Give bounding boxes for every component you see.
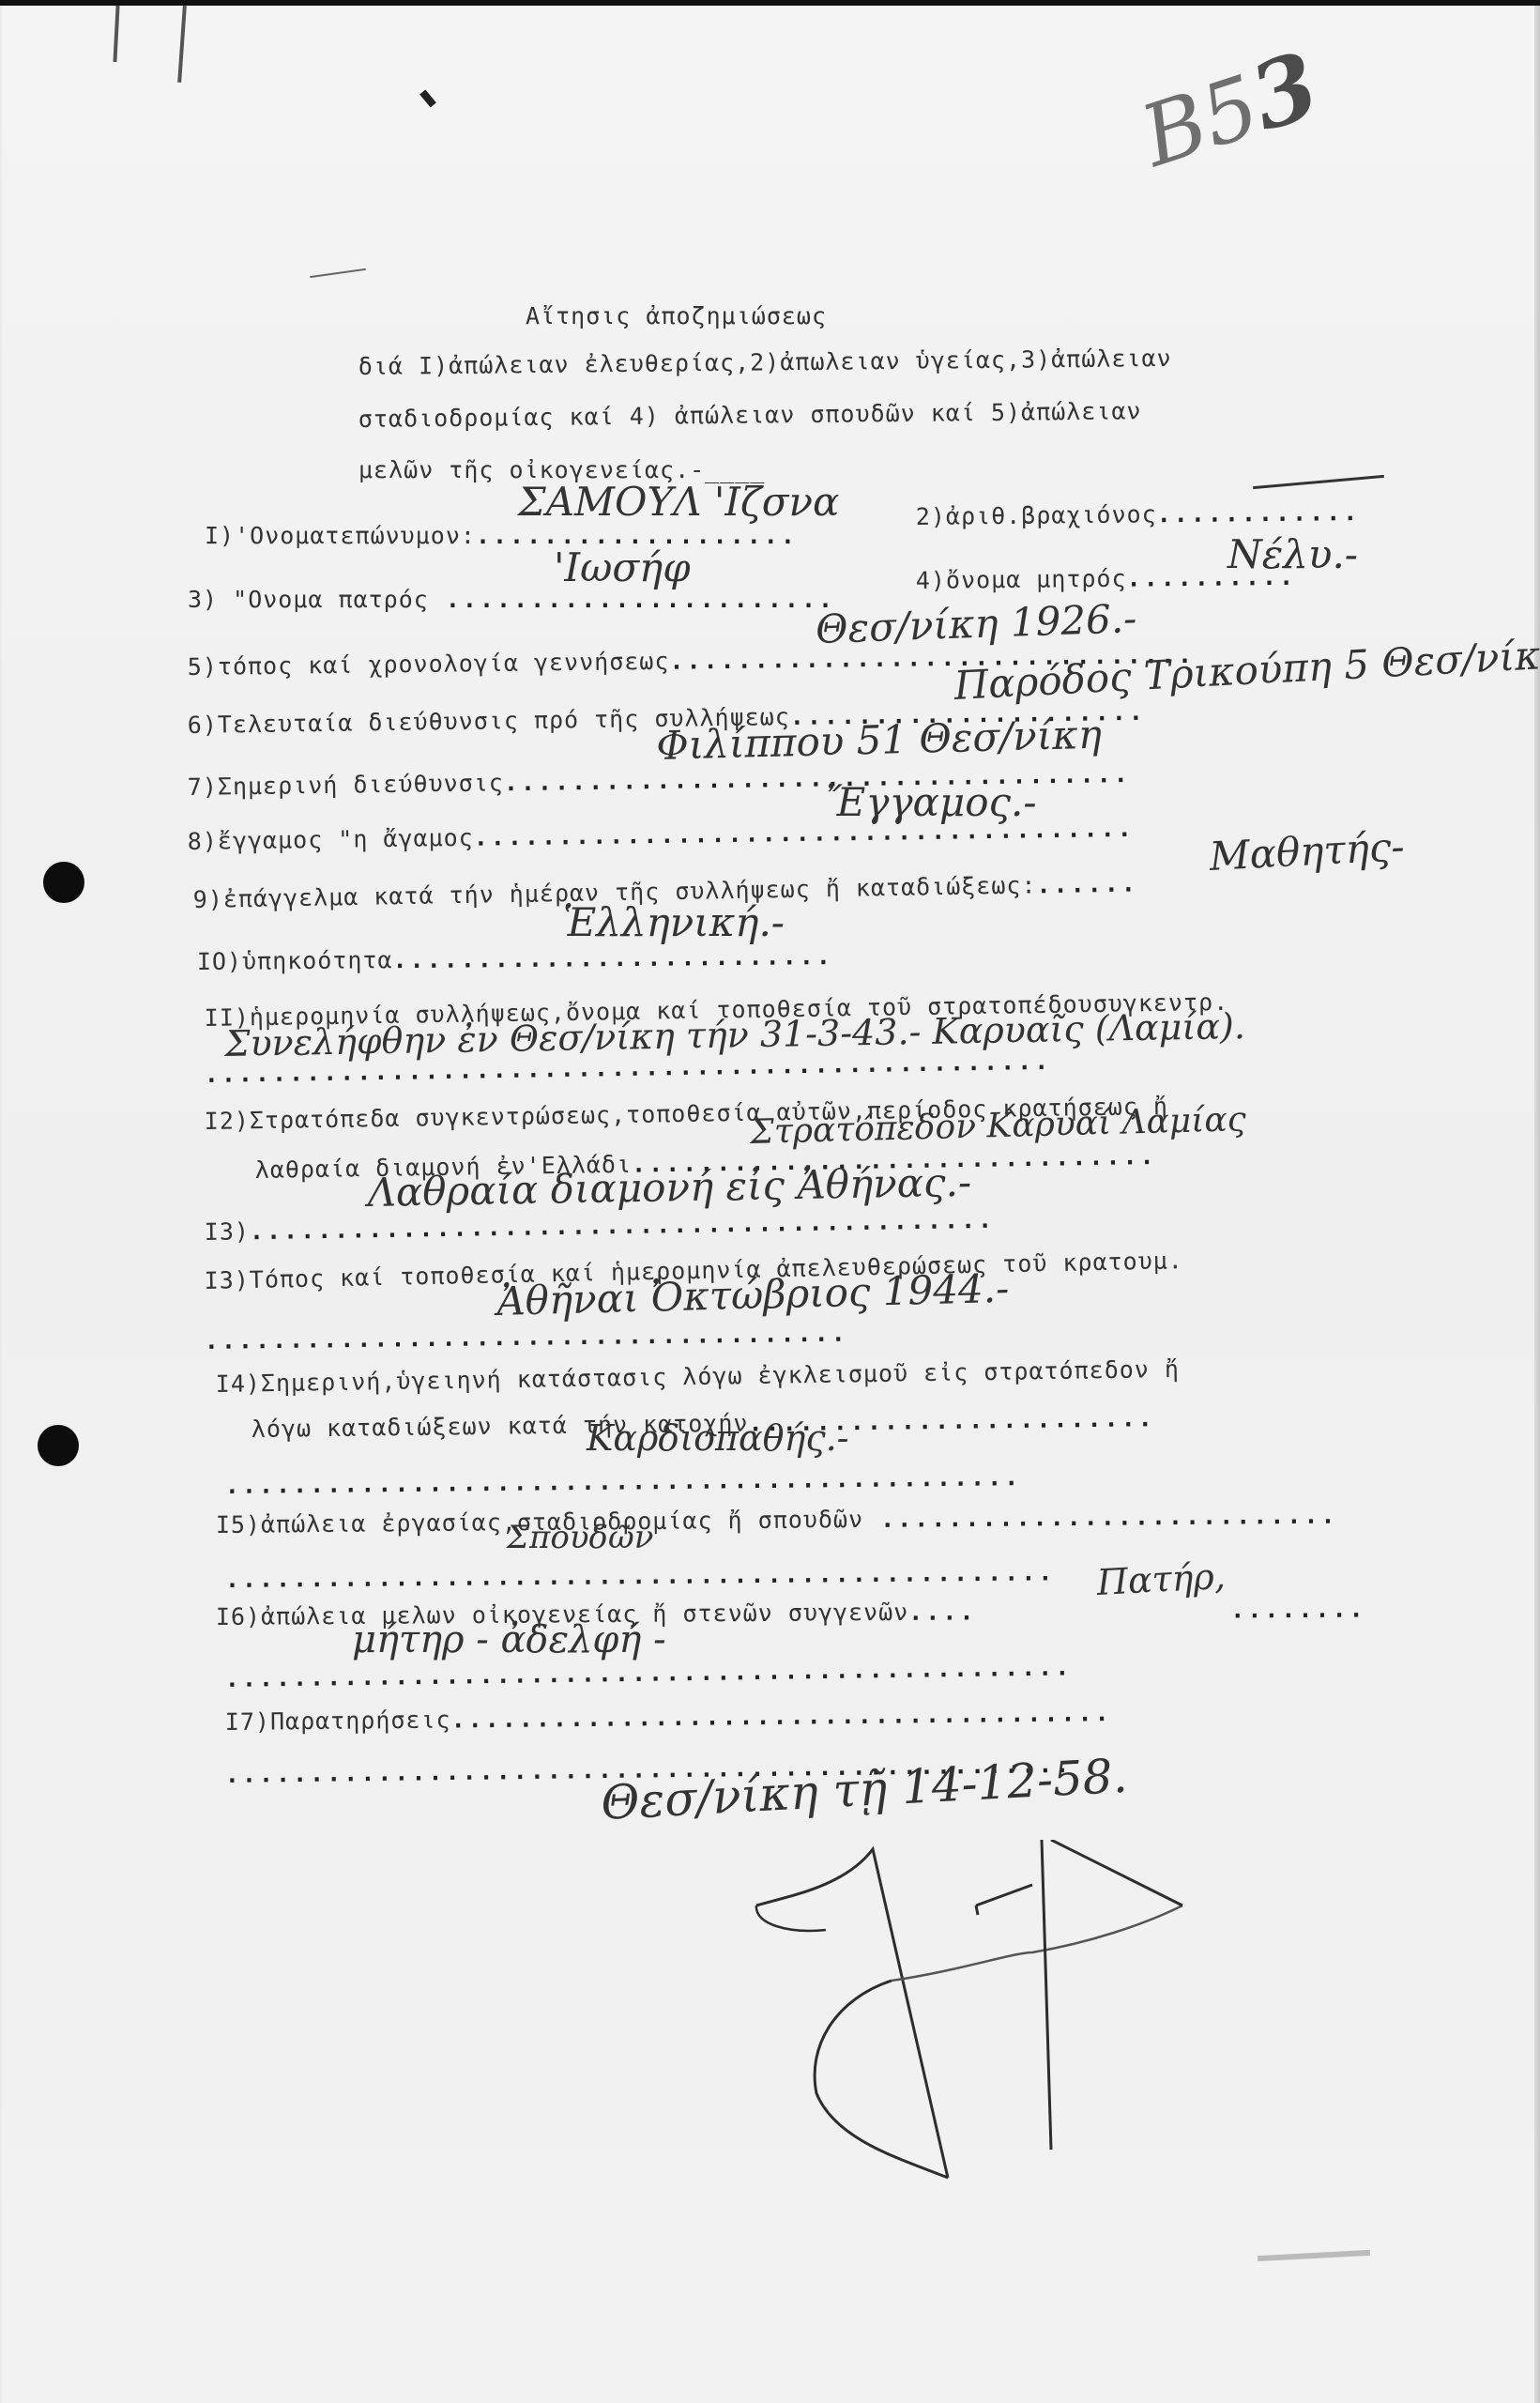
field-3-label: 3) "Ονομα πατρός ....................... xyxy=(188,586,835,613)
field-3-value: 'Ιωσήφ xyxy=(554,544,691,590)
signature xyxy=(751,1840,1239,2234)
field-15-value: Σπουδῶν xyxy=(507,1519,653,1556)
field-1-label: Ι)'Ονοματεπώνυμον:................... xyxy=(205,522,798,549)
field-14-value: Καρδιοπαθής.- xyxy=(587,1417,849,1459)
field-16-value: Πατήρ, xyxy=(1096,1555,1227,1603)
field-10-label: ΙΟ)ὑπηκοότητα.......................... xyxy=(197,942,833,975)
page-edge xyxy=(1534,6,1540,2403)
field-1-value: ΣΑΜΟΥΛ 'Ιζσνα xyxy=(518,479,839,525)
form-title: Αἴτησις ἀποζημιώσεως xyxy=(526,302,827,329)
punch-hole-icon xyxy=(43,862,84,903)
punch-hole-icon xyxy=(38,1425,79,1466)
field-16-value-cont: μήτηρ - ἀδελφή - xyxy=(352,1618,666,1661)
field-8-value: Ἔγγαμος.- xyxy=(826,779,1037,825)
field-10-value: Ἑλληνική.- xyxy=(563,899,785,945)
field-4-value: Νέλυ.- xyxy=(1227,531,1358,577)
field-2-label: 2)ἀριθ.βραχιόνος............ xyxy=(916,498,1361,530)
